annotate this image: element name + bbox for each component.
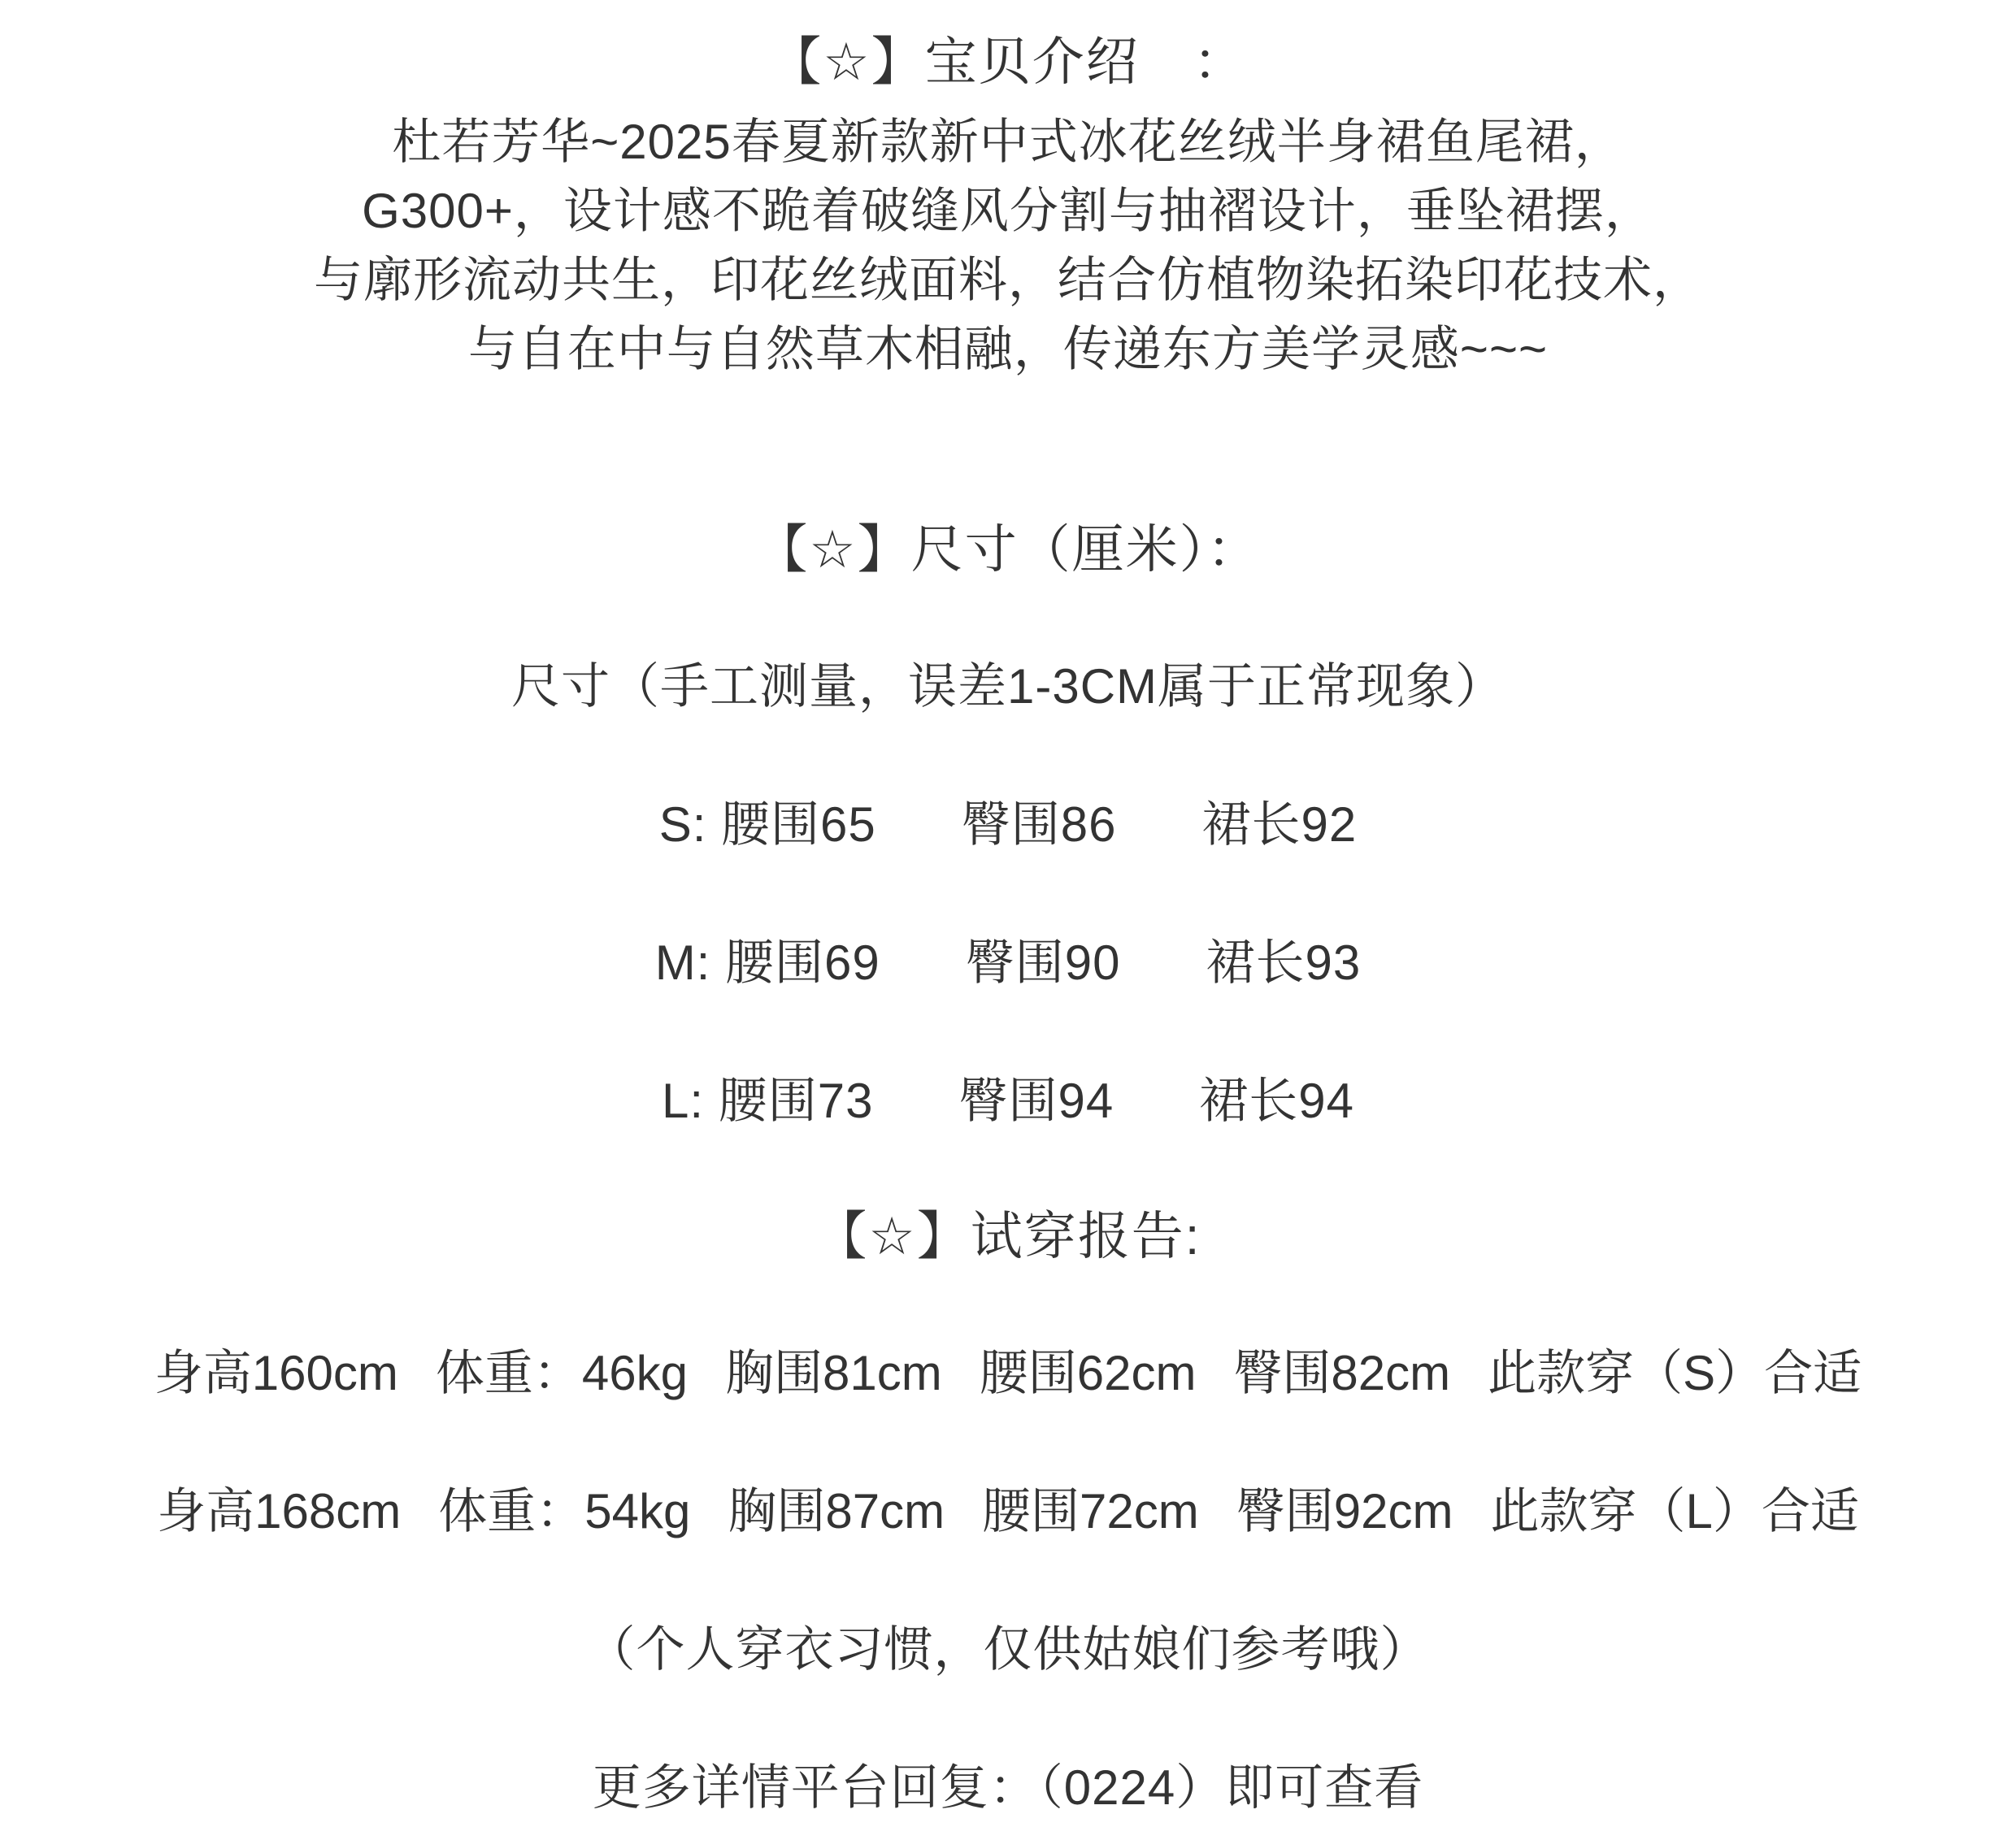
intro-heading: 【☆】宝贝介绍 ： bbox=[0, 33, 2016, 93]
size-waist: 腰围73 bbox=[719, 1074, 874, 1128]
more-details-footer: 更多详情平台回复：（0224）即可查看 bbox=[0, 1760, 2016, 1816]
size-letter: S: bbox=[659, 797, 721, 852]
intro-line-4: 与自在中与自然草木相融，传递东方美学灵感~~~ bbox=[0, 321, 2016, 377]
size-section-heading-text: 【☆】尺寸（厘米）： bbox=[755, 520, 1260, 580]
size-length: 裙长93 bbox=[1206, 935, 1362, 991]
fit-hip: 臀围92cm bbox=[1236, 1483, 1453, 1539]
intro-heading-text: 【☆】宝贝介绍 ： bbox=[769, 33, 1246, 93]
size-waist: 腰围65 bbox=[721, 797, 876, 852]
fit-height: 身高168cm bbox=[157, 1483, 401, 1539]
size-letter: L: bbox=[662, 1074, 719, 1128]
size-hip: 臀围86 bbox=[962, 796, 1117, 853]
size-row-m: M: 腰围69 臀围90 裙长93 bbox=[0, 935, 2016, 991]
size-measure-note: 尺寸（手工测量，误差1-3CM属于正常现象） bbox=[0, 658, 2016, 714]
fit-height: 身高160cm bbox=[154, 1345, 398, 1401]
fit-bust: 胸围87cm bbox=[728, 1483, 945, 1539]
size-label: S: 腰围65 bbox=[659, 796, 876, 853]
size-length: 裙长92 bbox=[1202, 796, 1358, 853]
size-section-heading: 【☆】尺寸（厘米）： bbox=[0, 520, 2016, 580]
fit-report-note: （个人穿衣习惯，仅供姑娘们参考哦） bbox=[0, 1621, 2016, 1677]
fit-weight: 体重：46kg bbox=[436, 1345, 688, 1401]
intro-line-2: G300+，设计感不跪着破缝风分割与抽褶设计，垂坠裙摆， bbox=[0, 183, 2016, 239]
fit-bust: 胸围81cm bbox=[725, 1345, 942, 1401]
fit-weight: 体重：54kg bbox=[438, 1483, 690, 1539]
product-description-page: { "page": { "background": "#ffffff", "te… bbox=[0, 0, 2016, 1840]
size-row-s: S: 腰围65 臀围86 裙长92 bbox=[0, 796, 2016, 853]
fit-waist: 腰围62cm bbox=[980, 1345, 1197, 1401]
size-waist: 腰围69 bbox=[725, 935, 880, 990]
size-row-l: L: 腰围73 臀围94 裙长94 bbox=[0, 1073, 2016, 1129]
intro-line-2-text: G300+，设计感不跪着破缝风分割与抽褶设计，垂坠裙摆， bbox=[362, 183, 1654, 239]
fit-report-row-1: 身高160cm 体重：46kg 胸围81cm 腰围62cm 臀围82cm 此款穿… bbox=[0, 1345, 2016, 1401]
intro-line-1-text: 杜若芳华~2025春夏新款新中式冰花丝绒半身裙鱼尾裙， bbox=[392, 114, 1624, 170]
intro-line-4-text: 与自在中与自然草木相融，传递东方美学灵感~~~ bbox=[468, 321, 1548, 377]
intro-line-3-text: 与廓形流动共生，印花丝绒面料，结合仿植物染拓染印花技术， bbox=[314, 252, 1702, 308]
fit-report-heading: 【☆】试穿报告: bbox=[0, 1207, 2016, 1267]
size-length: 裙长94 bbox=[1199, 1073, 1354, 1129]
fit-result: 此款穿（L）合适 bbox=[1490, 1483, 1858, 1539]
fit-waist: 腰围72cm bbox=[982, 1483, 1199, 1539]
size-hip: 臀围90 bbox=[966, 935, 1121, 991]
intro-line-1: 杜若芳华~2025春夏新款新中式冰花丝绒半身裙鱼尾裙， bbox=[0, 114, 2016, 170]
size-label: M: 腰围69 bbox=[655, 935, 880, 991]
size-measure-note-text: 尺寸（手工测量，误差1-3CM属于正常现象） bbox=[511, 658, 1505, 714]
fit-report-note-text: （个人穿衣习惯，仅供姑娘们参考哦） bbox=[587, 1621, 1430, 1677]
size-letter: M: bbox=[655, 935, 725, 990]
fit-hip: 臀围82cm bbox=[1233, 1345, 1450, 1401]
fit-result: 此款穿（S）合适 bbox=[1488, 1345, 1862, 1401]
size-label: L: 腰围73 bbox=[662, 1073, 873, 1129]
size-hip: 臀围94 bbox=[958, 1073, 1114, 1129]
fit-report-row-2: 身高168cm 体重：54kg 胸围87cm 腰围72cm 臀围92cm 此款穿… bbox=[0, 1483, 2016, 1539]
fit-report-heading-text: 【☆】试穿报告: bbox=[815, 1207, 1201, 1267]
more-details-footer-text: 更多详情平台回复：（0224）即可查看 bbox=[593, 1760, 1423, 1816]
intro-line-3: 与廓形流动共生，印花丝绒面料，结合仿植物染拓染印花技术， bbox=[0, 252, 2016, 308]
